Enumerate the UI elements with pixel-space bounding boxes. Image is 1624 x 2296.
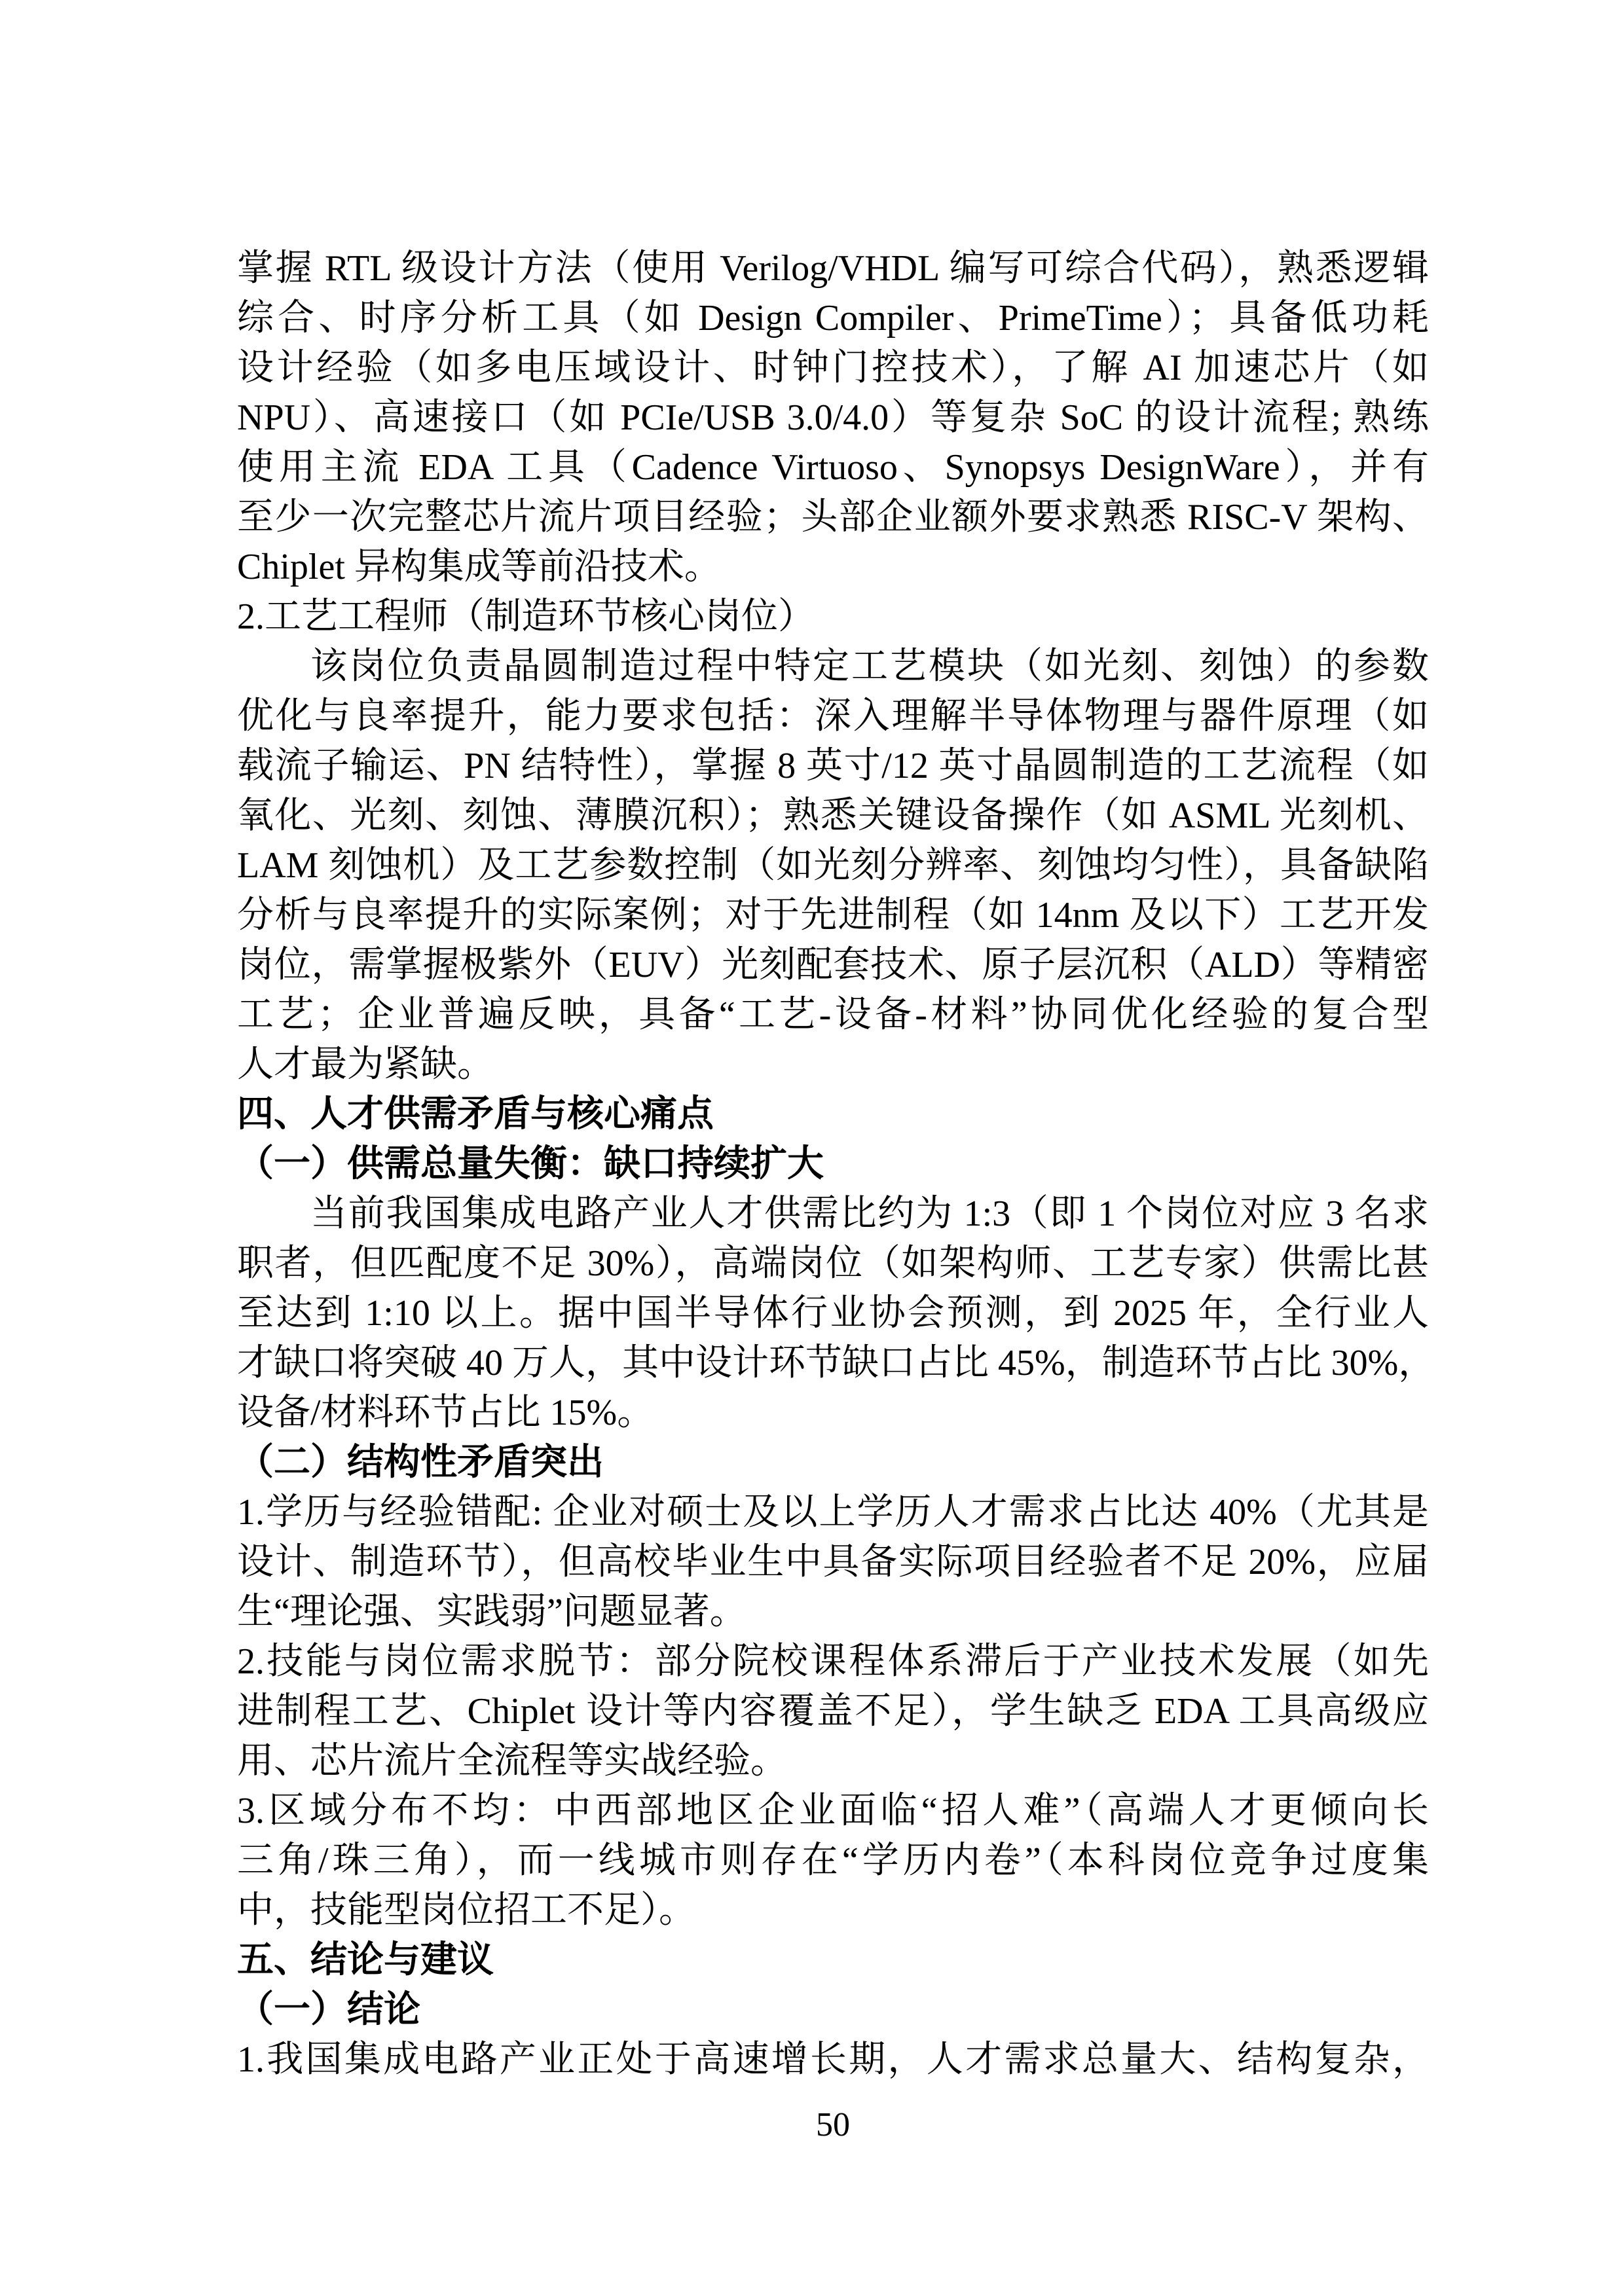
text-line: 1.学历与经验错配: 企业对硕士及以上学历人才需求占比达 40%（尤其是 [237, 1487, 1429, 1537]
text-line: 三角/珠三角），而一线城市则存在“学历内卷”（本科岗位竞争过度集 [237, 1836, 1429, 1886]
heading-line: （一）供需总量失衡：缺口持续扩大 [237, 1139, 1429, 1189]
text-line: 该岗位负责晶圆制造过程中特定工艺模块（如光刻、刻蚀）的参数 [237, 642, 1429, 691]
text-line: 当前我国集成电路产业人才供需比约为 1:3（即 1 个岗位对应 3 名求 [237, 1189, 1429, 1239]
text-line: 用、芯片流片全流程等实战经验。 [237, 1736, 1429, 1786]
text-line: 综合、时序分析工具（如 Design Compiler、PrimeTime）；具… [237, 293, 1429, 343]
text-line: Chiplet 异构集成等前沿技术。 [237, 542, 1429, 592]
text-line: 3.区域分布不均：中西部地区企业面临“招人难”（高端人才更倾向长 [237, 1786, 1429, 1836]
text-line: 岗位，需掌握极紫外（EUV）光刻配套技术、原子层沉积（ALD）等精密 [237, 940, 1429, 990]
text-line: 职者，但匹配度不足 30%），高端岗位（如架构师、工艺专家）供需比甚 [237, 1239, 1429, 1288]
text-line: 进制程工艺、Chiplet 设计等内容覆盖不足），学生缺乏 EDA 工具高级应 [237, 1686, 1429, 1736]
text-line: 优化与良率提升，能力要求包括：深入理解半导体物理与器件原理（如 [237, 691, 1429, 741]
heading-line: （二）结构性矛盾突出 [237, 1438, 1429, 1487]
text-line: 设计、制造环节），但高校毕业生中具备实际项目经验者不足 20%，应届 [237, 1537, 1429, 1587]
text-line: 至少一次完整芯片流片项目经验；头部企业额外要求熟悉 RISC-V 架构、 [237, 492, 1429, 542]
text-line: 才缺口将突破 40 万人，其中设计环节缺口占比 45%，制造环节占比 30%， [237, 1338, 1429, 1388]
text-line: 中，技能型岗位招工不足）。 [237, 1886, 1429, 1935]
text-line: 2.工艺工程师（制造环节核心岗位） [237, 592, 1429, 642]
text-line: 氧化、光刻、刻蚀、薄膜沉积）；熟悉关键设备操作（如 ASML 光刻机、 [237, 791, 1429, 841]
text-line: LAM 刻蚀机）及工艺参数控制（如光刻分辨率、刻蚀均匀性），具备缺陷 [237, 841, 1429, 890]
text-line: 载流子输运、PN 结特性），掌握 8 英寸/12 英寸晶圆制造的工艺流程（如 [237, 741, 1429, 791]
text-line: 掌握 RTL 级设计方法（使用 Verilog/VHDL 编写可综合代码），熟悉… [237, 244, 1429, 293]
heading-line: 五、结论与建议 [237, 1935, 1429, 1985]
text-line: 1.我国集成电路产业正处于高速增长期，人才需求总量大、结构复杂， [237, 2035, 1429, 2085]
document-page: 掌握 RTL 级设计方法（使用 Verilog/VHDL 编写可综合代码），熟悉… [0, 0, 1624, 2296]
heading-line: 四、人才供需矛盾与核心痛点 [237, 1089, 1429, 1139]
page-number: 50 [237, 2100, 1429, 2150]
text-line: 人才最为紧缺。 [237, 1040, 1429, 1089]
text-line: 设备/材料环节占比 15%。 [237, 1388, 1429, 1438]
text-line: 使用主流 EDA 工具（Cadence Virtuoso、Synopsys De… [237, 443, 1429, 492]
text-line: 生“理论强、实践弱”问题显著。 [237, 1587, 1429, 1637]
text-line: 工艺；企业普遍反映，具备“工艺-设备-材料”协同优化经验的复合型 [237, 990, 1429, 1040]
heading-line: （一）结论 [237, 1985, 1429, 2035]
text-line: 2.技能与岗位需求脱节：部分院校课程体系滞后于产业技术发展（如先 [237, 1637, 1429, 1686]
text-line: 分析与良率提升的实际案例；对于先进制程（如 14nm 及以下）工艺开发 [237, 890, 1429, 940]
body-text: 掌握 RTL 级设计方法（使用 Verilog/VHDL 编写可综合代码），熟悉… [237, 244, 1429, 2085]
text-line: NPU）、高速接口（如 PCIe/USB 3.0/4.0）等复杂 SoC 的设计… [237, 393, 1429, 443]
text-line: 设计经验（如多电压域设计、时钟门控技术），了解 AI 加速芯片（如 [237, 343, 1429, 393]
text-line: 至达到 1:10 以上。据中国半导体行业协会预测，到 2025 年，全行业人 [237, 1288, 1429, 1338]
